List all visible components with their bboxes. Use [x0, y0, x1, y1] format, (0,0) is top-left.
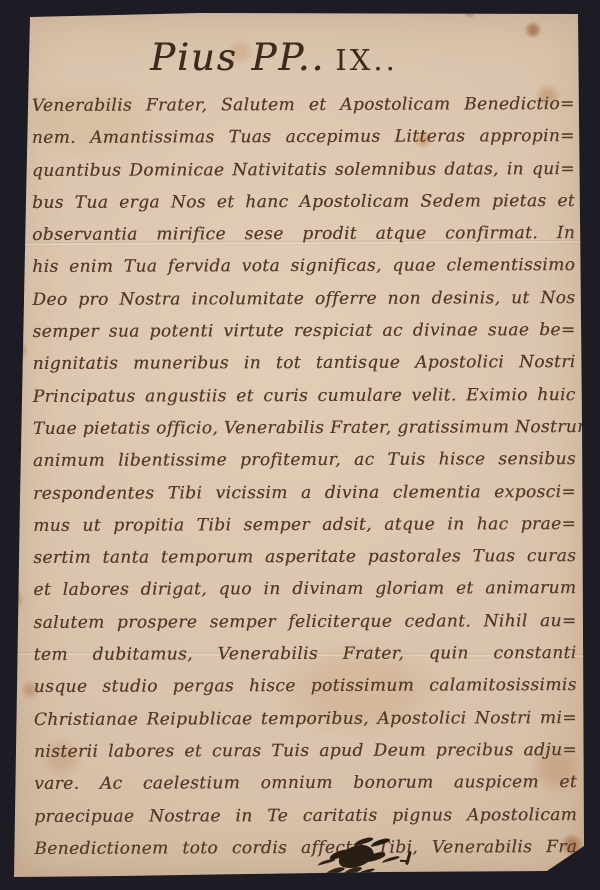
text-line: tem dubitamus, Venerabilis Frater, quin …	[34, 637, 577, 671]
manuscript-photo: Pius PP..IX.. Venerabilis Frater, Salute…	[0, 0, 600, 890]
photo-backdrop: { "colors": { "backdrop": "#1d1c25", "pa…	[0, 0, 600, 890]
text-line: usque studio pergas hisce potissimum cal…	[34, 669, 577, 703]
pope-name: Pius PP..	[150, 36, 325, 79]
text-line: nignitatis muneribus in tot tantisque Ap…	[33, 346, 576, 380]
text-line: Christianae Reipublicae temporibus, Apos…	[34, 702, 577, 736]
text-line: Deo pro Nostra incolumitate offerre non …	[32, 282, 575, 316]
text-line: sertim tanta temporum asperitate pastora…	[33, 540, 576, 574]
text-line: quantibus Dominicae Nativitatis solemnib…	[32, 153, 575, 187]
text-line: observantia mirifice sese prodit atque c…	[32, 217, 575, 251]
text-line: Venerabilis Frater, Salutem et Apostolic…	[32, 88, 575, 122]
text-line: et labores dirigat, quo in divinam glori…	[33, 573, 576, 607]
pope-numeral: IX..	[335, 43, 398, 77]
text-line: animum libentissime profitemur, ac Tuis …	[33, 443, 576, 477]
text-line: nisterii labores et curas Tuis apud Deum…	[34, 734, 577, 768]
text-line: Benedictionem toto cordis affectu Tibi, …	[34, 831, 577, 865]
letter-heading: Pius PP..IX..	[0, 36, 574, 79]
text-line: Tuae pietatis officio, Venerabilis Frate…	[33, 411, 576, 445]
text-line: bus Tua erga Nos et hanc Apostolicam Sed…	[32, 185, 575, 219]
text-line: semper sua potenti virtute respiciat ac …	[32, 314, 575, 348]
text-line: his enim Tua fervida vota significas, qu…	[32, 250, 575, 284]
text-line: salutem prospere semper feliciterque ced…	[33, 605, 576, 639]
letter-body: Venerabilis Frater, Salutem et Apostolic…	[32, 88, 578, 865]
text-line: vare. Ac caelestium omnium bonorum auspi…	[34, 766, 577, 800]
text-line: Principatus angustiis et curis cumulare …	[33, 379, 576, 413]
text-line: praecipuae Nostrae in Te caritatis pignu…	[34, 799, 577, 833]
text-line: nem. Amantissimas Tuas accepimus Littera…	[32, 120, 575, 154]
text-line: respondentes Tibi vicissim a divina clem…	[33, 476, 576, 510]
letter-page: Pius PP..IX.. Venerabilis Frater, Salute…	[0, 0, 600, 890]
text-line: mus ut propitia Tibi semper adsit, atque…	[33, 508, 576, 542]
